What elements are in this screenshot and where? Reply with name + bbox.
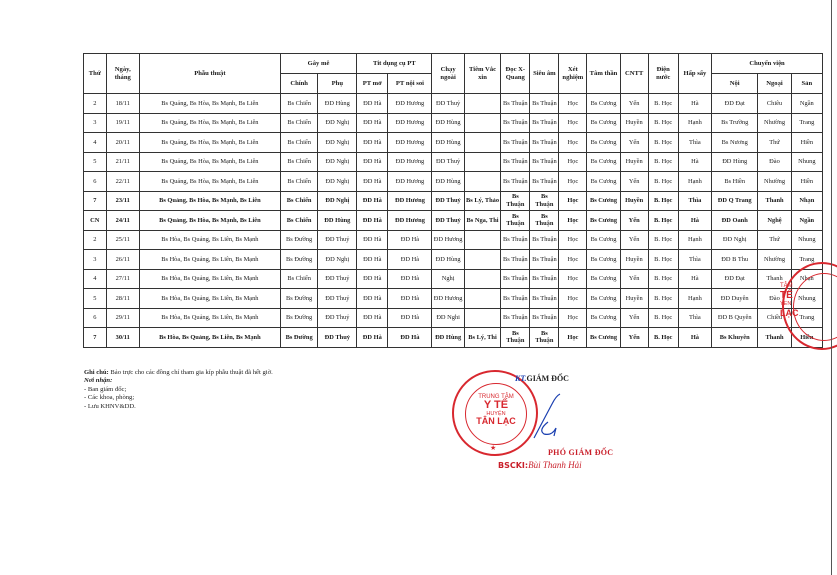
table-cell: Bs Hòa, Bs Quảng, Bs Liên, Bs Mạnh (139, 250, 280, 270)
table-cell: Bs Quảng, Bs Hòa, Bs Mạnh, Bs Liên (139, 133, 280, 153)
header-doc-xquang: Đọc X-Quang (501, 54, 530, 94)
table-cell: Yến (620, 328, 648, 348)
table-cell: Bs Hòa, Bs Quảng, Bs Liên, Bs Mạnh (139, 269, 280, 289)
table-row: 427/11Bs Hòa, Bs Quảng, Bs Liên, Bs Mạnh… (84, 269, 823, 289)
table-cell: Bs Đường (280, 230, 318, 250)
table-cell: ĐD Hà (357, 94, 388, 114)
table-cell: Bs Thuận (501, 289, 530, 309)
table-cell: Học (559, 269, 587, 289)
table-cell: Thanh (758, 328, 791, 348)
table-cell: ĐD Thuỷ (318, 269, 357, 289)
table-cell: ĐD Q Trang (712, 191, 758, 211)
table-cell: Bs Lý, Thảo (464, 191, 501, 211)
table-cell: Thìa (678, 191, 711, 211)
note-label: Ghi chú: (84, 369, 109, 376)
table-cell: Bs Thuận (530, 94, 559, 114)
table-cell: Bs Đường (280, 328, 318, 348)
table-cell: ĐD Nghị (318, 191, 357, 211)
table-cell: ĐD Hùng (432, 250, 464, 270)
table-cell: ĐD Hương (432, 289, 464, 309)
table-cell: ĐD Hà (357, 328, 388, 348)
table-cell: Bs Thuận (501, 113, 530, 133)
table-row: 326/11Bs Hòa, Bs Quảng, Bs Liên, Bs Mạnh… (84, 250, 823, 270)
table-cell: Bs Chiến (280, 172, 318, 192)
table-cell (464, 172, 501, 192)
table-cell: Bs Thuận (501, 191, 530, 211)
table-row: 225/11Bs Hòa, Bs Quảng, Bs Liên, Bs Mạnh… (84, 230, 823, 250)
table-cell: ĐD Hà (357, 211, 388, 231)
table-cell: Huyền (620, 250, 648, 270)
table-cell: 5 (84, 152, 107, 172)
table-cell: Yến (620, 211, 648, 231)
note-text: Bảo trực cho các đồng chí tham gia kíp p… (109, 369, 273, 376)
table-cell: ĐD Thuỷ (432, 191, 464, 211)
duty-schedule-table: Thứ Ngày, tháng Phẫu thuật Gây mê Tit dụ… (83, 53, 823, 348)
table-cell: ĐD Nghi (432, 308, 464, 328)
table-cell: ĐD Hà (388, 250, 432, 270)
table-cell: Bs Thuận (501, 133, 530, 153)
table-cell: 4 (84, 133, 107, 153)
header-san: Sản (791, 74, 822, 94)
table-cell: 27/11 (106, 269, 139, 289)
header-ngay-thang: Ngày, tháng (106, 54, 139, 94)
table-cell: Nhung (791, 152, 822, 172)
table-cell: Học (559, 94, 587, 114)
table-cell: ĐD Hà (357, 289, 388, 309)
signature-block: TRUNG TÂM Y TẾ HUYỆN TÂN LẠC ★ KT.GIÁM Đ… (470, 366, 650, 476)
table-cell: ĐD Hương (388, 172, 432, 192)
table-cell: ĐD Thuỷ (318, 308, 357, 328)
table-cell: Bs Thuận (530, 230, 559, 250)
table-cell: Hà (678, 211, 711, 231)
table-cell: Nhung (791, 230, 822, 250)
table-cell: Yến (620, 308, 648, 328)
header-gay-me-phu: Phụ (318, 74, 357, 94)
table-cell: Bs Chiến (280, 133, 318, 153)
table-cell: Bs Hòa, Bs Quảng, Bs Liên, Bs Mạnh (139, 328, 280, 348)
table-cell: Huyền (620, 289, 648, 309)
table-cell: Bs Thuận (501, 269, 530, 289)
table-cell: Bs Hòa, Bs Quảng, Bs Liên, Bs Mạnh (139, 308, 280, 328)
table-cell: Học (559, 230, 587, 250)
table-cell: Bs Cương (587, 172, 620, 192)
director-title: KT.GIÁM ĐỐC (515, 374, 569, 383)
table-cell: Học (559, 211, 587, 231)
table-cell: Thứ (758, 133, 791, 153)
table-cell: ĐD Hà (357, 250, 388, 270)
table-cell: Huyền (620, 113, 648, 133)
table-cell: Yến (620, 172, 648, 192)
table-cell: Bs Thuận (501, 94, 530, 114)
table-cell: 21/11 (106, 152, 139, 172)
table-cell: ĐD B Thu (712, 250, 758, 270)
table-cell: ĐD Hà (357, 230, 388, 250)
table-cell: ĐD Hương (388, 113, 432, 133)
header-tam-than: Tâm thần (587, 54, 620, 94)
table-cell: Bs Thuận (530, 191, 559, 211)
table-cell: 19/11 (106, 113, 139, 133)
page-edge-line (831, 0, 832, 575)
table-cell: Bs Thuận (530, 113, 559, 133)
table-cell: Hạnh (678, 230, 711, 250)
table-cell: Bs Cương (587, 113, 620, 133)
table-cell: Ngần (791, 94, 822, 114)
table-cell: Huyền (620, 152, 648, 172)
table-cell: ĐD Hương (432, 230, 464, 250)
table-cell: Học (559, 133, 587, 153)
table-cell: Bs Thuận (530, 211, 559, 231)
table-cell: ĐD Thuỷ (318, 328, 357, 348)
table-cell: ĐD Đạt (712, 269, 758, 289)
table-cell: Hà (678, 269, 711, 289)
table-cell: ĐD Hùng (432, 133, 464, 153)
header-dien-nuoc: Điện nước (648, 54, 678, 94)
table-cell (464, 269, 501, 289)
table-cell: 7 (84, 191, 107, 211)
table-row: 528/11Bs Hòa, Bs Quảng, Bs Liên, Bs Mạnh… (84, 289, 823, 309)
table-cell (464, 152, 501, 172)
table-cell: ĐD Hùng (432, 172, 464, 192)
table-cell: B. Học (648, 172, 678, 192)
table-cell: 25/11 (106, 230, 139, 250)
table-cell: Thanh (758, 191, 791, 211)
table-cell: Học (559, 289, 587, 309)
table-row: 629/11Bs Hòa, Bs Quảng, Bs Liên, Bs Mạnh… (84, 308, 823, 328)
table-cell: Ngần (791, 211, 822, 231)
edge-stamp-line-2: TẾ (780, 291, 799, 300)
header-xet-nghiem: Xét nghiệm (559, 54, 587, 94)
table-cell: ĐD Hà (388, 230, 432, 250)
table-cell: 30/11 (106, 328, 139, 348)
table-cell: Bs Cương (587, 191, 620, 211)
table-cell: Hà (678, 94, 711, 114)
table-cell: Bs Chiến (280, 152, 318, 172)
table-cell: 23/11 (106, 191, 139, 211)
table-cell: Bs Đường (280, 308, 318, 328)
table-cell: Hạnh (678, 172, 711, 192)
table-row: 730/11Bs Hòa, Bs Quảng, Bs Liên, Bs Mạnh… (84, 328, 823, 348)
table-cell: B. Học (648, 211, 678, 231)
recipients-label: Nơi nhận: (84, 377, 273, 385)
star-icon: ★ (490, 444, 496, 452)
table-row: 218/11Bs Quảng, Bs Hòa, Bs Mạnh, Bs Liên… (84, 94, 823, 114)
table-cell: ĐD Hà (357, 191, 388, 211)
table-cell: 3 (84, 250, 107, 270)
table-cell: ĐD Thuỷ (318, 289, 357, 309)
table-cell: CN (84, 211, 107, 231)
table-cell: ĐD Hùng (432, 328, 464, 348)
table-cell: Học (559, 113, 587, 133)
table-cell: Bs Cương (587, 269, 620, 289)
table-cell: Bs Hiền (712, 172, 758, 192)
header-chay-ngoai: Chạy ngoài (432, 54, 464, 94)
table-cell: Nghị (432, 269, 464, 289)
table-row: 420/11Bs Quảng, Bs Hòa, Bs Mạnh, Bs Liên… (84, 133, 823, 153)
table-cell: ĐD Nghị (318, 152, 357, 172)
table-cell: Bs Quảng, Bs Hòa, Bs Mạnh, Bs Liên (139, 172, 280, 192)
table-cell: B. Học (648, 250, 678, 270)
table-cell: 22/11 (106, 172, 139, 192)
table-cell: ĐD Thuỷ (432, 152, 464, 172)
table-cell: Hạnh (678, 113, 711, 133)
table-cell: Hạnh (678, 289, 711, 309)
table-cell: ĐD Hà (357, 152, 388, 172)
table-cell: Thứ (758, 230, 791, 250)
table-cell: Bs Cương (587, 133, 620, 153)
table-cell: B. Học (648, 289, 678, 309)
header-chuyen-vien: Chuyển viện (712, 54, 823, 74)
table-cell: Học (559, 152, 587, 172)
table-cell: Bs Cương (587, 328, 620, 348)
recipient-item: - Các khoa, phòng; (84, 394, 273, 402)
signer-name: BSCKI:Bùi Thanh Hải (498, 460, 582, 470)
table-cell: Yến (620, 133, 648, 153)
table-cell: Bs Chiến (280, 113, 318, 133)
table-cell: 26/11 (106, 250, 139, 270)
table-row: 521/11Bs Quảng, Bs Hòa, Bs Mạnh, Bs Liên… (84, 152, 823, 172)
table-cell: Bs Thuận (530, 152, 559, 172)
table-cell: Nhường (758, 172, 791, 192)
table-cell: ĐD Thuỷ (432, 211, 464, 231)
table-cell: B. Học (648, 230, 678, 250)
table-cell: ĐD Hà (388, 269, 432, 289)
table-cell: Bs Cương (587, 230, 620, 250)
table-cell: 3 (84, 113, 107, 133)
table-cell: ĐD Hà (357, 133, 388, 153)
table-cell: Bs Đường (280, 250, 318, 270)
table-cell: Bs Cương (587, 94, 620, 114)
table-cell: Hiền (791, 133, 822, 153)
table-cell: Học (559, 308, 587, 328)
table-cell: ĐD Hùng (432, 113, 464, 133)
table-cell: Bs Quảng, Bs Hòa, Bs Mạnh, Bs Liên (139, 211, 280, 231)
table-cell: 20/11 (106, 133, 139, 153)
table-cell: ĐD Hà (388, 328, 432, 348)
header-ngoai: Ngoại (758, 74, 791, 94)
table-cell: Thìa (678, 133, 711, 153)
table-cell: Bs Thuận (501, 308, 530, 328)
table-cell: ĐD Hà (388, 289, 432, 309)
table-cell: Hà (678, 152, 711, 172)
table-cell (464, 250, 501, 270)
table-row: 622/11Bs Quảng, Bs Hòa, Bs Mạnh, Bs Liên… (84, 172, 823, 192)
table-cell: Nhường (758, 113, 791, 133)
table-cell: Bs Cương (587, 211, 620, 231)
table-cell (464, 289, 501, 309)
header-phau-thuat: Phẫu thuật (139, 54, 280, 94)
table-cell: B. Học (648, 269, 678, 289)
table-cell: 5 (84, 289, 107, 309)
table-cell (464, 308, 501, 328)
table-cell (464, 94, 501, 114)
table-cell: Hà (678, 328, 711, 348)
table-cell: ĐD Hùng (712, 152, 758, 172)
table-cell: Học (559, 191, 587, 211)
table-cell: Bs Chiến (280, 191, 318, 211)
table-cell: Bs Cương (587, 308, 620, 328)
header-cntt: CNTT (620, 54, 648, 94)
table-cell: Bs Chiến (280, 269, 318, 289)
header-tiem-vac-xin: Tiêm Vắc xin (464, 54, 501, 94)
table-cell: ĐD Hà (357, 172, 388, 192)
table-cell: Bs Lý, Thi (464, 328, 501, 348)
table-cell: Bs Thuận (530, 328, 559, 348)
header-tit-dung-cu: Tit dụng cụ PT (357, 54, 432, 74)
note-line: Ghi chú: Bảo trực cho các đồng chí tham … (84, 369, 273, 377)
recipient-item: - Ban giám đốc; (84, 386, 273, 394)
table-cell: ĐD Hương (388, 94, 432, 114)
table-cell: Hiền (791, 172, 822, 192)
table-cell: Bs Nga, Thi (464, 211, 501, 231)
table-cell: ĐD Hùng (318, 94, 357, 114)
table-cell: 7 (84, 328, 107, 348)
table-cell: ĐD B Quyên (712, 308, 758, 328)
table-cell: ĐD Nghị (712, 230, 758, 250)
table-cell: Thìa (678, 250, 711, 270)
table-cell: ĐD Hương (388, 211, 432, 231)
table-cell: B. Học (648, 94, 678, 114)
table-cell: Bs Thuận (530, 133, 559, 153)
table-cell: Bs Chiến (280, 94, 318, 114)
table-cell: B. Học (648, 308, 678, 328)
header-sieu-am: Siêu âm (530, 54, 559, 94)
table-cell: ĐD Hương (388, 152, 432, 172)
table-cell: Bs Hòa, Bs Quảng, Bs Liên, Bs Mạnh (139, 289, 280, 309)
table-cell: Bs Thuận (501, 230, 530, 250)
table-cell: Bs Thuận (501, 152, 530, 172)
table-cell: Bs Trường (712, 113, 758, 133)
table-cell: Thìa (678, 308, 711, 328)
table-cell: B. Học (648, 152, 678, 172)
table-cell: Bs Hòa, Bs Quảng, Bs Liên, Bs Mạnh (139, 230, 280, 250)
table-cell: ĐD Hà (357, 113, 388, 133)
table-cell: Bs Thuận (501, 211, 530, 231)
table-cell: 18/11 (106, 94, 139, 114)
table-cell: Bs Nương (712, 133, 758, 153)
table-cell: B. Học (648, 133, 678, 153)
stamp-line-4: TÂN LẠC (466, 417, 526, 426)
header-pt-noi-soi: PT nội soi (388, 74, 432, 94)
table-cell: Học (559, 250, 587, 270)
table-cell: Huyền (620, 191, 648, 211)
table-cell: Yến (620, 230, 648, 250)
header-noi: Nội (712, 74, 758, 94)
table-cell: 28/11 (106, 289, 139, 309)
table-cell: Bs Đường (280, 289, 318, 309)
table-cell: Bs Quảng, Bs Hòa, Bs Mạnh, Bs Liên (139, 191, 280, 211)
deputy-director-title: PHÓ GIÁM ĐỐC (548, 448, 613, 457)
table-cell: Chiêu (758, 94, 791, 114)
table-cell: Học (559, 172, 587, 192)
table-cell: ĐD Nghị (318, 172, 357, 192)
table-cell: 6 (84, 172, 107, 192)
table-cell: Học (559, 328, 587, 348)
table-cell: Bs Thuận (530, 250, 559, 270)
table-cell: Yến (620, 269, 648, 289)
table-cell: ĐD Thuỷ (318, 230, 357, 250)
table-cell: Nhạn (791, 191, 822, 211)
table-cell: ĐD Nghị (318, 113, 357, 133)
table-cell: ĐD Hà (357, 269, 388, 289)
table-cell: ĐD Hương (388, 133, 432, 153)
table-cell: ĐD Nghị (318, 250, 357, 270)
table-cell: B. Học (648, 113, 678, 133)
table-cell: Trang (791, 113, 822, 133)
table-cell (464, 113, 501, 133)
table-cell: 4 (84, 269, 107, 289)
table-row: 319/11Bs Quảng, Bs Hòa, Bs Mạnh, Bs Liên… (84, 113, 823, 133)
table-cell: Nhường (758, 250, 791, 270)
table-cell: Bs Cương (587, 250, 620, 270)
stamp-line-2: Y TẾ (466, 400, 526, 411)
table-cell: ĐD Nghị (318, 133, 357, 153)
table-cell: Bs Khuyên (712, 328, 758, 348)
table-cell (464, 133, 501, 153)
table-cell: Bs Thuận (530, 308, 559, 328)
handwritten-signature (530, 386, 590, 446)
table-cell: Bs Thuận (530, 172, 559, 192)
table-cell: Yến (620, 94, 648, 114)
header-hap-say: Hấp sấy (678, 54, 711, 94)
notes-section: Ghi chú: Bảo trực cho các đồng chí tham … (84, 369, 273, 411)
recipient-item: - Lưu KHNV&DD. (84, 403, 273, 411)
header-pt-mo: PT mở (357, 74, 388, 94)
table-cell: ĐD Hà (357, 308, 388, 328)
header-gay-me-chinh: Chính (280, 74, 318, 94)
table-row: 723/11Bs Quảng, Bs Hòa, Bs Mạnh, Bs Liên… (84, 191, 823, 211)
table-cell: ĐD Hùng (318, 211, 357, 231)
table-cell: ĐD Oanh (712, 211, 758, 231)
table-cell: Nghệ (758, 211, 791, 231)
table-cell: B. Học (648, 191, 678, 211)
table-cell: Bs Thuận (501, 172, 530, 192)
table-cell: Bs Quảng, Bs Hòa, Bs Mạnh, Bs Liên (139, 152, 280, 172)
table-cell: ĐD Thuỷ (432, 94, 464, 114)
schedule-body: 218/11Bs Quảng, Bs Hòa, Bs Mạnh, Bs Liên… (84, 94, 823, 348)
table-cell: Bs Cương (587, 152, 620, 172)
table-cell: 24/11 (106, 211, 139, 231)
table-cell (464, 230, 501, 250)
table-cell: Bs Thuận (530, 269, 559, 289)
table-cell: ĐD Đạt (712, 94, 758, 114)
table-cell: B. Học (648, 328, 678, 348)
header-gay-me: Gây mê (280, 54, 356, 74)
table-cell: 6 (84, 308, 107, 328)
table-cell: Bs Thuận (501, 250, 530, 270)
table-cell: Bs Quảng, Bs Hòa, Bs Mạnh, Bs Liên (139, 94, 280, 114)
table-cell: Bs Chiến (280, 211, 318, 231)
table-cell: Bs Cương (587, 289, 620, 309)
table-cell: ĐD Hương (388, 191, 432, 211)
table-cell: ĐD Hà (388, 308, 432, 328)
table-row: CN24/11Bs Quảng, Bs Hòa, Bs Mạnh, Bs Liê… (84, 211, 823, 231)
edge-stamp-line-4: LẠC (780, 309, 799, 318)
table-cell: Bs Thuận (530, 289, 559, 309)
header-thu: Thứ (84, 54, 107, 94)
table-cell: Đào (758, 152, 791, 172)
table-cell: 2 (84, 230, 107, 250)
table-cell: 2 (84, 94, 107, 114)
table-cell: ĐD Duyên (712, 289, 758, 309)
table-cell: Bs Thuận (501, 328, 530, 348)
table-cell: 29/11 (106, 308, 139, 328)
table-cell: Bs Quảng, Bs Hòa, Bs Mạnh, Bs Liên (139, 113, 280, 133)
